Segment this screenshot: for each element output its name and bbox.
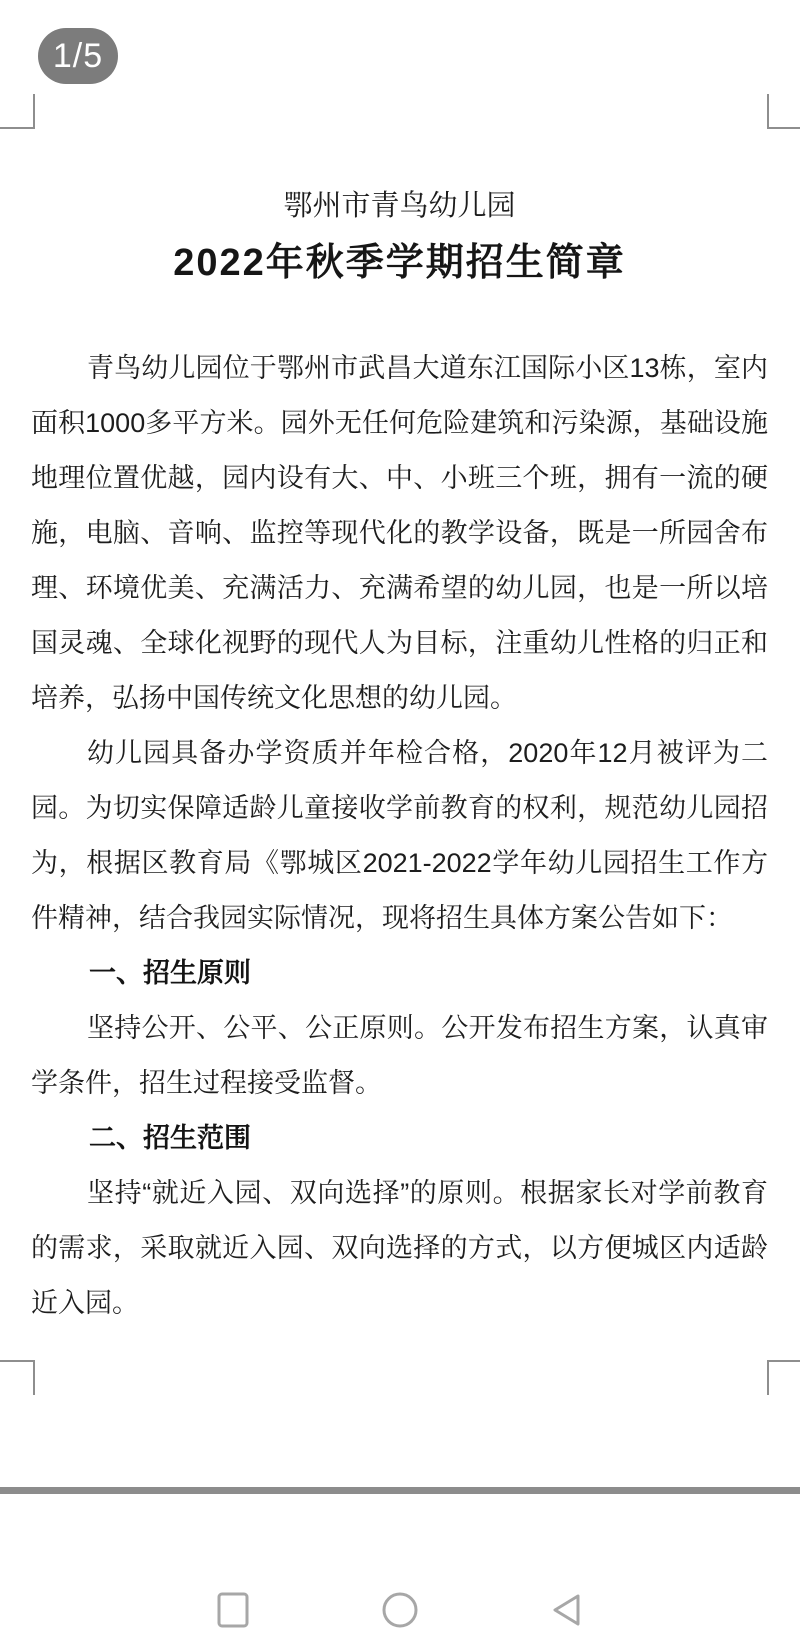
recent-apps-icon [217,1592,249,1628]
paragraph-line: 地理位置优越，园内设有大、中、小班三个班，拥有一流的硬件设 [31,451,768,506]
paragraph-line: 坚持公开、公平、公正原则。公开发布招生方案，认真审核入 [31,1001,768,1056]
document-body: 青鸟幼儿园位于鄂州市武昌大道东江国际小区13栋，室内外活动面积1000多平方米。… [31,341,768,1331]
home-button[interactable] [382,1590,418,1630]
page-indicator: 1/5 [38,28,118,84]
paragraph-line: 幼儿园具备办学资质并年检合格，2020年12月被评为二级幼儿 [31,726,768,781]
android-navigation-bar [0,1560,800,1650]
page-divider [0,1487,800,1494]
paragraph-line: 面积1000多平方米。园外无任何危险建筑和污染源，基础设施完善， [31,396,768,451]
page-indicator-label: 1/5 [53,37,103,76]
home-icon [381,1591,419,1629]
paragraph-line: 青鸟幼儿园位于鄂州市武昌大道东江国际小区13栋，室内外活动 [31,341,768,396]
section-heading: 一、招生原则 [31,946,768,1001]
back-icon [549,1591,585,1629]
paragraph-line: 国灵魂、全球化视野的现代人为目标，注重幼儿性格的归正和品行的 [31,616,768,671]
document-title-line1: 鄂州市青鸟幼儿园 [31,188,768,224]
recent-apps-button[interactable] [215,1590,251,1630]
paragraph-line: 坚持“就近入园、双向选择”的原则。根据家长对学前教育多样化 [31,1166,768,1221]
page-corner-mark-bottom-left [0,1360,35,1395]
back-button[interactable] [549,1590,585,1630]
screen: 1/5 鄂州市青鸟幼儿园 2022年秋季学期招生简章 青鸟幼儿园位于鄂州市武昌大… [0,0,800,1650]
page-corner-mark-bottom-right [767,1360,800,1395]
paragraph-line: 理、环境优美、充满活力、充满希望的幼儿园，也是一所以培养有中 [31,561,768,616]
paragraph-line: 件精神，结合我园实际情况，现将招生具体方案公告如下： [31,891,768,946]
section-heading: 二、招生范围 [31,1111,768,1166]
document-title-line2: 2022年秋季学期招生简章 [31,240,768,286]
paragraph-line: 园。为切实保障适龄儿童接收学前教育的权利，规范幼儿园招生行 [31,781,768,836]
paragraph-line: 培养，弘扬中国传统文化思想的幼儿园。 [31,671,768,726]
paragraph-line: 为，根据区教育局《鄂城区2021-2022学年幼儿园招生工作方案》文 [31,836,768,891]
paragraph-line: 近入园。 [31,1276,768,1331]
paragraph-line: 施，电脑、音响、监控等现代化的教学设备，既是一所园舍布局合 [31,506,768,561]
paragraph-line: 学条件，招生过程接受监督。 [31,1056,768,1111]
paragraph-line: 的需求，采取就近入园、双向选择的方式，以方便城区内适龄儿童就 [31,1221,768,1276]
page-corner-mark-top-left [0,94,35,129]
page-corner-mark-top-right [767,94,800,129]
